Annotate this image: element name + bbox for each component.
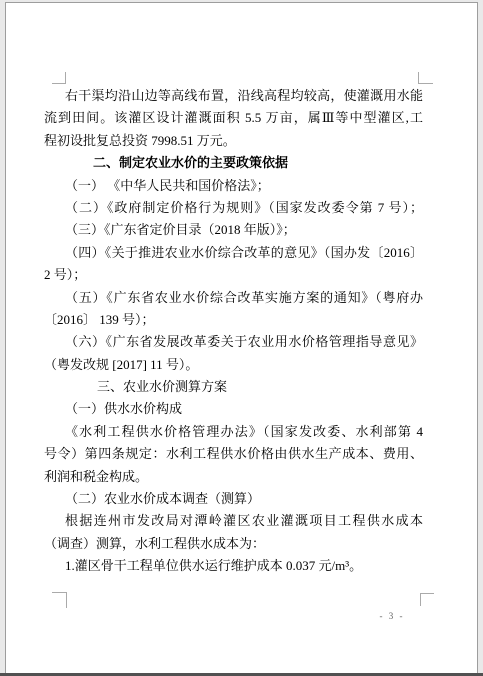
page-number: - 3 - bbox=[370, 611, 414, 621]
crop-mark-top-left-icon bbox=[52, 72, 66, 84]
text-line[interactable]: （六）《广东省发展改革委关于农业用水价格管理指导意见》 bbox=[44, 331, 423, 353]
text-line[interactable]: 流到田间。该灌区设计灌溉面积 5.5 万亩，属Ⅲ等中型灌区,工 bbox=[44, 107, 423, 129]
crop-mark-bottom-right-icon bbox=[420, 593, 434, 606]
document-page: 右干渠均沿山边等高线布置，沿线高程均较高，使灌溉用水能自 流到田间。该灌区设计灌… bbox=[5, 2, 478, 674]
text-line[interactable]: （二）农业水价成本调查（测算） bbox=[44, 488, 423, 510]
text-line[interactable]: （一）供水水价构成 bbox=[44, 398, 423, 420]
text-line[interactable]: 右干渠均沿山边等高线布置，沿线高程均较高，使灌溉用水能自 bbox=[44, 85, 423, 107]
text-line[interactable]: 1.灌区骨干工程单位供水运行维护成本 0.037 元/m³。 bbox=[44, 555, 423, 577]
text-line[interactable]: （四）《关于推进农业水价综合改革的意见》（国办发〔2016〕 bbox=[44, 242, 423, 264]
text-line[interactable]: 程初设批复总投资 7998.51 万元。 bbox=[44, 130, 423, 152]
text-line[interactable]: 根据连州市发改局对潭岭灌区农业灌溉项目工程供水成本 bbox=[44, 510, 423, 532]
section-heading[interactable]: 三、农业水价测算方案 bbox=[44, 376, 423, 398]
text-line[interactable]: （二）《政府制定价格行为规则》（国家发改委令第 7 号）； bbox=[44, 197, 423, 219]
text-line[interactable]: （三）《广东省定价目录（2018 年版）》； bbox=[44, 219, 423, 241]
text-line[interactable]: （一） 《中华人民共和国价格法》； bbox=[44, 175, 423, 197]
text-line[interactable]: 号令）第四条规定：水利工程供水价格由供水生产成本、费用、 bbox=[44, 443, 423, 465]
text-line[interactable]: 利润和税金构成。 bbox=[44, 466, 423, 488]
text-line[interactable]: 〔2016〕 139 号）； bbox=[44, 309, 423, 331]
document-text-block: 右干渠均沿山边等高线布置，沿线高程均较高，使灌溉用水能自 流到田间。该灌区设计灌… bbox=[44, 85, 423, 578]
crop-mark-bottom-left-icon bbox=[52, 592, 67, 608]
document-canvas: 右干渠均沿山边等高线布置，沿线高程均较高，使灌溉用水能自 流到田间。该灌区设计灌… bbox=[0, 0, 483, 676]
crop-mark-top-right-icon bbox=[418, 72, 433, 84]
text-line[interactable]: （五）《广东省农业水价综合改革实施方案的通知》（粤府办 bbox=[44, 287, 423, 309]
text-line[interactable]: （粤发改规 [2017] 11 号）。 bbox=[44, 354, 423, 376]
text-line[interactable]: （调查）测算，水利工程供水成本为： bbox=[44, 533, 423, 555]
text-line[interactable]: 《水利工程供水价格管理办法》（国家发改委、水利部第 4 bbox=[44, 421, 423, 443]
section-heading[interactable]: 二、制定农业水价的主要政策依据 bbox=[44, 152, 423, 174]
text-line[interactable]: 2 号）； bbox=[44, 264, 423, 286]
